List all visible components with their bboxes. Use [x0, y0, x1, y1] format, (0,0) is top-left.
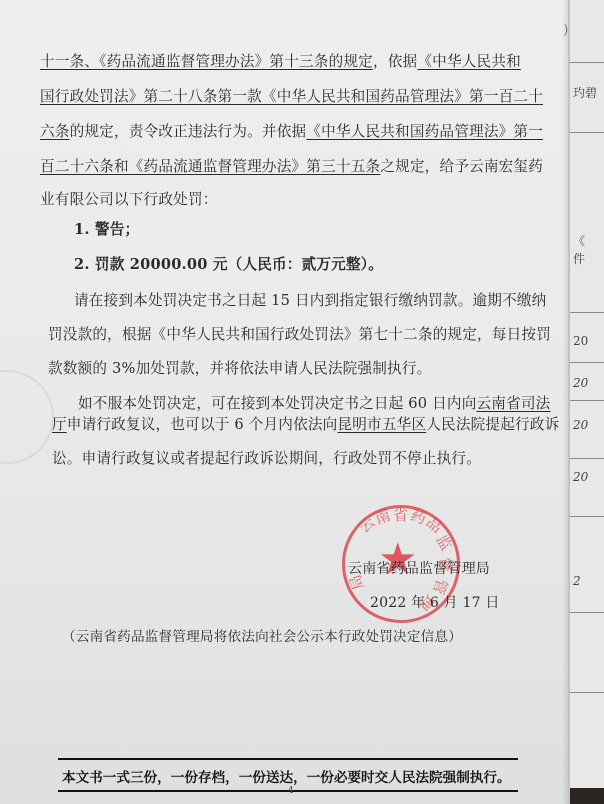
table-rule [570, 516, 604, 517]
adjacent-page-edge: 玓碧 《 件 20 20 20 20 2 [570, 0, 604, 804]
text-segment: 人民法院提起行政诉 [426, 416, 559, 433]
issue-date: 2022 年 6 月 17 日 [370, 592, 500, 612]
document-page: 十一条、《药品流通监督管理办法》第十三条的规定，依据《中华人民共和 国行政处罚法… [0, 0, 568, 804]
law-reference: 百二十六条和《药品流通监督管理办法》第三十五条 [40, 158, 380, 175]
table-rule [570, 62, 604, 63]
page-number: 4 [288, 786, 294, 796]
table-rule [570, 612, 604, 613]
law-reference: 国行政处罚法》第二十八条第一款《中华人民共和国药品管理法》第一百二十 [40, 88, 543, 105]
appeal-paragraph-line-1: 如不服本处罚决定，可在接到本处罚决定书之日起 60 日内向云南省司法 [78, 392, 550, 413]
text-fragment: 20 [573, 470, 588, 484]
penalty-item-warning: 1. 警告； [74, 218, 139, 239]
table-rule [570, 132, 604, 133]
text-segment: 的规定，责令改正违法行为。并依据 [70, 123, 307, 140]
text-segment: 业有限公司以下行政处罚： [40, 191, 218, 208]
law-reference: 六条 [40, 123, 70, 140]
table-rule [570, 692, 604, 693]
payment-paragraph-line-1: 请在接到本处罚决定书之日起 15 日内到指定银行缴纳罚款。逾期不缴纳 [74, 289, 546, 310]
text-segment: 之规定，给予云南宏玺药 [380, 158, 543, 175]
text-segment: 申请行政复议，也可以于 6 个月内依法向 [67, 416, 338, 433]
paragraph-1-line-5: 业有限公司以下行政处罚： [40, 188, 218, 209]
payment-paragraph-line-3: 款数额的 3%加处罚款，并将依法申请人民法院强制执行。 [48, 357, 431, 378]
table-rule [570, 362, 604, 363]
copies-note: 本文书一式三份，一份存档，一份送达，一份必要时交人民法院强制执行。 [62, 766, 511, 786]
law-reference: 《中华人民共和 [417, 53, 521, 70]
law-reference: 《中华人民共和国药品管理法》第一 [306, 123, 543, 140]
faint-seal-imprint [0, 370, 54, 464]
text-segment: 如不服本处罚决定，可在接到本处罚决定书之日起 60 日内向 [78, 395, 477, 412]
law-reference: 十一条、《药品流通监督管理办法》第十三条的规定 [40, 53, 373, 70]
text-fragment: 2 [573, 574, 581, 588]
table-rule [570, 458, 604, 459]
appeal-paragraph-line-3: 讼。申请行政复议或者提起行政诉讼期间，行政处罚不停止执行。 [52, 447, 481, 468]
court-district: 昆明市五华区 [337, 416, 426, 433]
appeal-paragraph-line-2-content: 厅申请行政复议，也可以于 6 个月内依法向昆明市五华区人民法院提起行政诉 [52, 413, 559, 434]
text-fragment: 《 [573, 232, 585, 249]
review-authority-cont: 厅 [52, 416, 67, 433]
text-fragment: 件 [573, 250, 585, 267]
issuing-authority: 云南省药品监督管理局 [348, 558, 490, 578]
public-notice: （云南省药品监督管理局将依法向社会公示本行政处罚决定信息） [62, 625, 462, 645]
paragraph-1-line-1: 十一条、《药品流通监督管理办法》第十三条的规定，依据《中华人民共和 [40, 50, 521, 71]
text-fragment: 20 [573, 418, 588, 432]
paragraph-1-line-3: 六条的规定，责令改正违法行为。并依据《中华人民共和国药品管理法》第一 [40, 120, 543, 141]
penalty-item-fine: 2. 罚款 20000.00 元（人民币：贰万元整）。 [74, 253, 383, 274]
table-rule [570, 400, 604, 401]
text-fragment: 玓碧 [573, 84, 597, 101]
seal-ring-char: 省 [393, 504, 408, 525]
paragraph-1-line-2: 国行政处罚法》第二十八条第一款《中华人民共和国药品管理法》第一百二十 [40, 85, 543, 106]
text-fragment: 20 [573, 334, 588, 348]
page-edge-shadow [562, 0, 570, 804]
text-fragment: 20 [573, 376, 588, 390]
payment-paragraph-line-2: 罚没款的，根据《中华人民共和国行政处罚法》第七十二条的规定，每日按罚 [48, 323, 551, 344]
table-rule [570, 312, 604, 313]
review-authority: 云南省司法 [477, 395, 551, 412]
paragraph-1-line-4: 百二十六条和《药品流通监督管理办法》第三十五条之规定，给予云南宏玺药 [40, 155, 543, 176]
background-surface [570, 788, 604, 804]
text-segment: ，依据 [373, 53, 417, 70]
